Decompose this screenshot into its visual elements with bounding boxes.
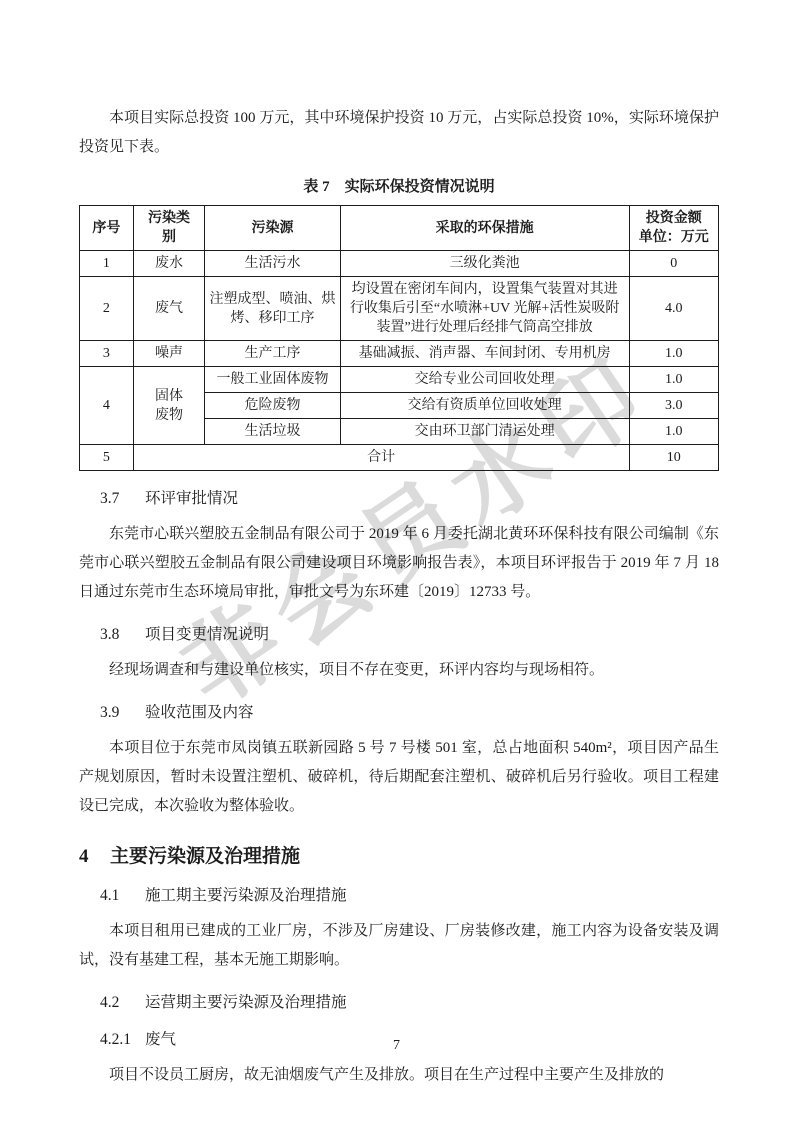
section-title: 运营期主要污染源及治理措施 <box>145 994 347 1011</box>
header-measure: 采取的环保措施 <box>340 206 629 251</box>
cell-category: 废气 <box>133 277 205 341</box>
cell-category: 废水 <box>133 251 205 277</box>
section-heading-4-1: 4.1施工期主要污染源及治理措施 <box>79 883 719 905</box>
section-number: 4.1 <box>100 887 145 905</box>
table-row: 1 废水 生活污水 三级化粪池 0 <box>80 251 719 277</box>
section-number: 3.8 <box>100 626 145 644</box>
cell-no: 1 <box>80 251 134 277</box>
cell-no: 5 <box>80 445 134 471</box>
section-paragraph-3-7: 东莞市心联兴塑胶五金制品有限公司于 2019 年 6 月委托湖北黄环环保科技有限… <box>79 520 719 607</box>
table-row: 3 噪声 生产工序 基础减振、消声器、车间封闭、专用机房 1.0 <box>80 341 719 367</box>
table-row: 5 合计 10 <box>80 445 719 471</box>
table-row: 4 固体 废物 一般工业固体废物 交给专业公司回收处理 1.0 <box>80 367 719 393</box>
cell-amount: 10 <box>629 445 718 471</box>
intro-paragraph: 本项目实际总投资 100 万元，其中环境保护投资 10 万元，占实际总投资 10… <box>79 104 719 162</box>
header-no: 序号 <box>80 206 134 251</box>
cell-amount: 1.0 <box>629 367 718 393</box>
cell-measure: 交给专业公司回收处理 <box>340 367 629 393</box>
cell-source: 生产工序 <box>205 341 340 367</box>
cell-category: 固体 废物 <box>133 367 205 445</box>
section-heading-4-2: 4.2运营期主要污染源及治理措施 <box>79 990 719 1012</box>
section-paragraph-3-8: 经现场调查和与建设单位核实，项目不存在变更，环评内容均与现场相符。 <box>79 656 719 685</box>
cell-category: 噪声 <box>133 341 205 367</box>
cell-measure: 三级化粪池 <box>340 251 629 277</box>
cell-measure: 交由环卫部门清运处理 <box>340 419 629 445</box>
cell-amount: 3.0 <box>629 393 718 419</box>
table-header-row: 序号 污染类 别 污染源 采取的环保措施 投资金额 单位：万元 <box>80 206 719 251</box>
table-caption: 表 7 实际环保投资情况说明 <box>79 175 719 196</box>
cell-no: 2 <box>80 277 134 341</box>
cell-source: 危险废物 <box>205 393 340 419</box>
cell-source: 注塑成型、喷油、烘烤、移印工序 <box>205 277 340 341</box>
section-title: 环评审批情况 <box>145 490 238 507</box>
header-category: 污染类 别 <box>133 206 205 251</box>
section-paragraph-4-1: 本项目租用已建成的工业厂房，不涉及厂房建设、厂房装修改建，施工内容为设备安装及调… <box>79 917 719 975</box>
section-paragraph-4-2-1: 项目不设员工厨房，故无油烟废气产生及排放。项目在生产过程中主要产生及排放的 <box>79 1061 719 1090</box>
cell-amount: 1.0 <box>629 419 718 445</box>
header-amount: 投资金额 单位：万元 <box>629 206 718 251</box>
section-title: 验收范围及内容 <box>145 704 254 721</box>
cell-measure: 均设置在密闭车间内，设置集气装置对其进行收集后引至“水喷淋+UV 光解+活性炭吸… <box>340 277 629 341</box>
environmental-investment-table: 序号 污染类 别 污染源 采取的环保措施 投资金额 单位：万元 1 废水 生活污… <box>79 205 719 471</box>
cell-no: 4 <box>80 367 134 445</box>
section-title: 施工期主要污染源及治理措施 <box>145 887 347 904</box>
section-heading-3-7: 3.7环评审批情况 <box>79 486 719 508</box>
cell-total-label: 合计 <box>133 445 629 471</box>
cell-source: 一般工业固体废物 <box>205 367 340 393</box>
section-paragraph-3-9: 本项目位于东莞市凤岗镇五联新园路 5 号 7 号楼 501 室，总占地面积 54… <box>79 734 719 821</box>
section-heading-3-9: 3.9验收范围及内容 <box>79 700 719 722</box>
cell-measure: 基础减振、消声器、车间封闭、专用机房 <box>340 341 629 367</box>
cell-source: 生活垃圾 <box>205 419 340 445</box>
cell-amount: 4.0 <box>629 277 718 341</box>
document-page: 非会员水印 本项目实际总投资 100 万元，其中环境保护投资 10 万元，占实际… <box>0 0 793 1122</box>
page-content: 本项目实际总投资 100 万元，其中环境保护投资 10 万元，占实际总投资 10… <box>79 104 719 1090</box>
section-number: 3.9 <box>100 704 145 722</box>
section-title: 项目变更情况说明 <box>145 626 269 643</box>
page-number: 7 <box>0 1038 793 1054</box>
section-heading-3-8: 3.8项目变更情况说明 <box>79 622 719 644</box>
cell-measure: 交给有资质单位回收处理 <box>340 393 629 419</box>
chapter-title: 主要污染源及治理措施 <box>110 846 300 867</box>
cell-no: 3 <box>80 341 134 367</box>
cell-amount: 0 <box>629 251 718 277</box>
cell-amount: 1.0 <box>629 341 718 367</box>
chapter-heading-4: 4主要污染源及治理措施 <box>79 841 719 868</box>
section-number: 4.2 <box>100 994 145 1012</box>
cell-source: 生活污水 <box>205 251 340 277</box>
table-row: 2 废气 注塑成型、喷油、烘烤、移印工序 均设置在密闭车间内，设置集气装置对其进… <box>80 277 719 341</box>
header-source: 污染源 <box>205 206 340 251</box>
section-number: 3.7 <box>100 490 145 508</box>
chapter-number: 4 <box>79 846 110 868</box>
